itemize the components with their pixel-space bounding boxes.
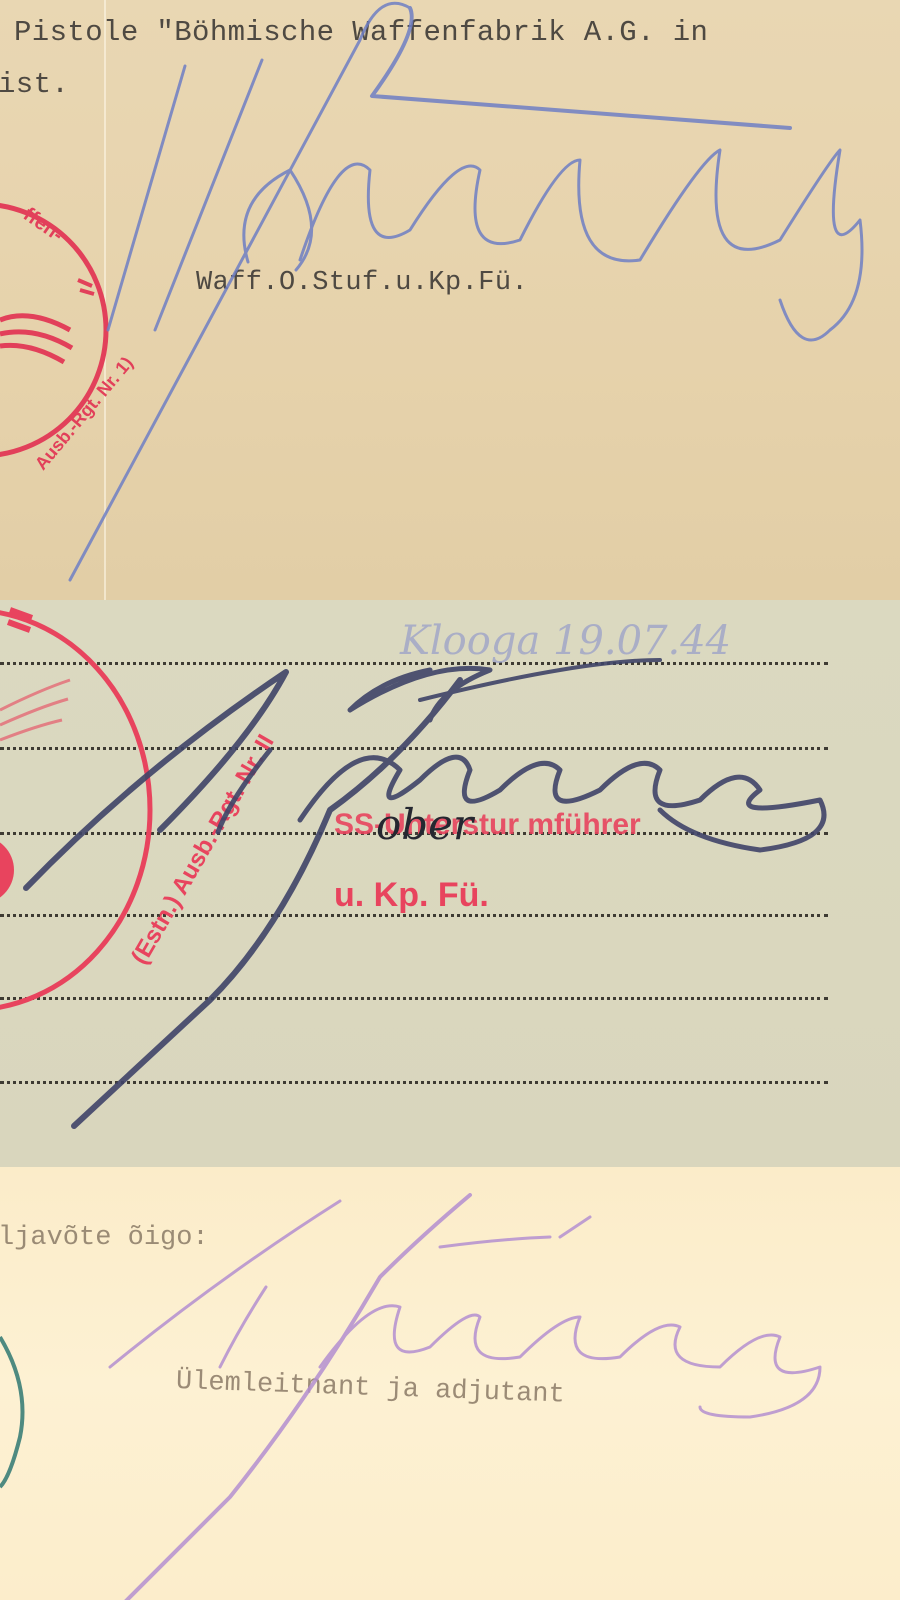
document-fragment-2: Kloogа 19.07.44 SS-Unterstur mführer u. …: [0, 600, 900, 1167]
svg-text:Ausb.-Rgt. Nr. 1): Ausb.-Rgt. Nr. 1): [31, 353, 137, 474]
signature-blue-pencil: [70, 3, 862, 580]
document-fragment-3: ljavõte õigo: Ülemleitnant ja adjutant: [0, 1167, 900, 1600]
stamp-and-signature-1: ffen- Ausb.-Rgt. Nr. 1): [0, 0, 900, 600]
signature-graphite: [26, 660, 824, 1126]
signature-violet-ink: [110, 1195, 820, 1600]
document-fragment-1: Pistole "Böhmische Waffenfabrik A.G. in …: [0, 0, 900, 600]
svg-text:ffen-: ffen-: [19, 203, 67, 246]
official-stamp-icon: [0, 610, 150, 1010]
stamp-and-signature-2: (Estn.) Ausb.-Rgt. Nr. II: [0, 600, 900, 1167]
official-stamp-icon: [0, 1337, 23, 1487]
stamp-and-signature-3: [0, 1167, 900, 1600]
